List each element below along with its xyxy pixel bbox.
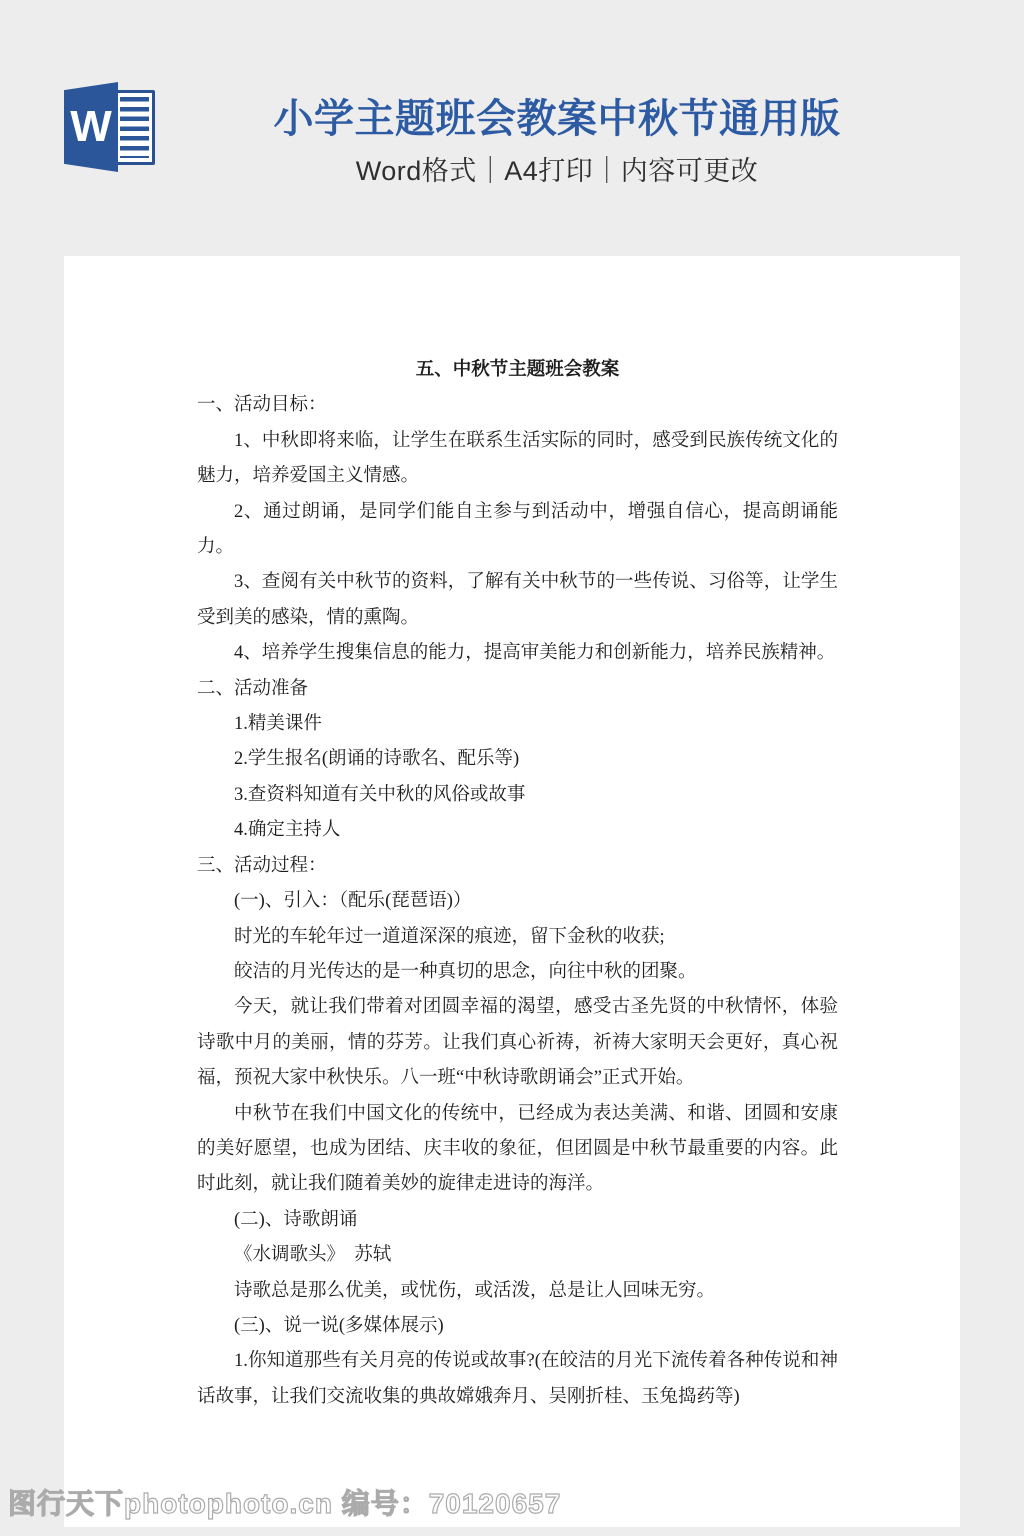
document-paragraph: (一)、引入：（配乐(琵琶语)） bbox=[197, 884, 838, 919]
page-title: 小学主题班会教案中秋节通用版 bbox=[90, 92, 1024, 146]
document-paragraph: 1.你知道那些有关月亮的传说或故事?(在皎洁的月光下流传着各种传说和神话故事，让… bbox=[197, 1344, 838, 1415]
word-document-lines-icon bbox=[120, 97, 149, 158]
page: { "page": { "background": "#ededed", "pa… bbox=[0, 0, 1024, 1536]
document-paragraph: 中秋节在我们中国文化的传统中，已经成为表达美满、和谐、团圆和安康的美好愿望，也成… bbox=[197, 1097, 838, 1203]
word-w-panel-icon: W bbox=[64, 82, 118, 172]
word-letter: W bbox=[70, 105, 112, 149]
document-paragraph: 皎洁的月光传达的是一种真切的思念，向往中秋的团聚。 bbox=[197, 955, 838, 990]
document-paper: 五、中秋节主题班会教案 一、活动目标：1、中秋即将来临，让学生在联系生活实际的同… bbox=[64, 256, 960, 1527]
document-paragraph: (三)、说一说(多媒体展示) bbox=[197, 1309, 838, 1344]
document-paragraph: 4.确定主持人 bbox=[197, 813, 838, 848]
document-paragraph: 2.学生报名(朗诵的诗歌名、配乐等) bbox=[197, 742, 838, 777]
document-paragraph: 一、活动目标： bbox=[197, 388, 838, 423]
document-paragraph: 诗歌总是那么优美，或忧伤，或活泼，总是让人回味无穷。 bbox=[197, 1274, 838, 1309]
page-subtitle: Word格式｜A4打印｜内容可更改 bbox=[90, 149, 1024, 188]
document-paragraph: 二、活动准备 bbox=[197, 672, 838, 707]
document-paragraph: 3.查资料知道有关中秋的风俗或故事 bbox=[197, 778, 838, 813]
document-paragraph: 4、培养学生搜集信息的能力，提高审美能力和创新能力，培养民族精神。 bbox=[197, 636, 838, 671]
document-paragraph: 1、中秋即将来临，让学生在联系生活实际的同时，感受到民族传统文化的魅力，培养爱国… bbox=[197, 424, 838, 495]
document-paragraph: 1.精美课件 bbox=[197, 707, 838, 742]
document-body: 一、活动目标：1、中秋即将来临，让学生在联系生活实际的同时，感受到民族传统文化的… bbox=[197, 388, 838, 1415]
document-paragraph: 时光的车轮年过一道道深深的痕迹，留下金秋的收获; bbox=[197, 920, 838, 955]
document-paragraph: 《水调歌头》 苏轼 bbox=[197, 1238, 838, 1273]
document-content: 五、中秋节主题班会教案 一、活动目标：1、中秋即将来临，让学生在联系生活实际的同… bbox=[64, 256, 960, 1415]
word-icon: W bbox=[64, 82, 156, 172]
document-paragraph: 今天，就让我们带着对团圆幸福的渴望，感受古圣先贤的中秋情怀，体验诗歌中月的美丽，… bbox=[197, 990, 838, 1096]
document-paragraph: 2、通过朗诵，是同学们能自主参与到活动中，增强自信心，提高朗诵能力。 bbox=[197, 495, 838, 566]
document-paragraph: 三、活动过程： bbox=[197, 849, 838, 884]
watermark-text: 图行天下photophoto.cn 编号：70120657 bbox=[8, 1482, 561, 1522]
header: W 小学主题班会教案中秋节通用版 Word格式｜A4打印｜内容可更改 bbox=[0, 0, 1024, 256]
document-paragraph: (二)、诗歌朗诵 bbox=[197, 1203, 838, 1238]
document-paragraph: 3、查阅有关中秋节的资料，了解有关中秋节的一些传说、习俗等，让学生受到美的感染，… bbox=[197, 565, 838, 636]
document-title: 五、中秋节主题班会教案 bbox=[197, 353, 838, 388]
